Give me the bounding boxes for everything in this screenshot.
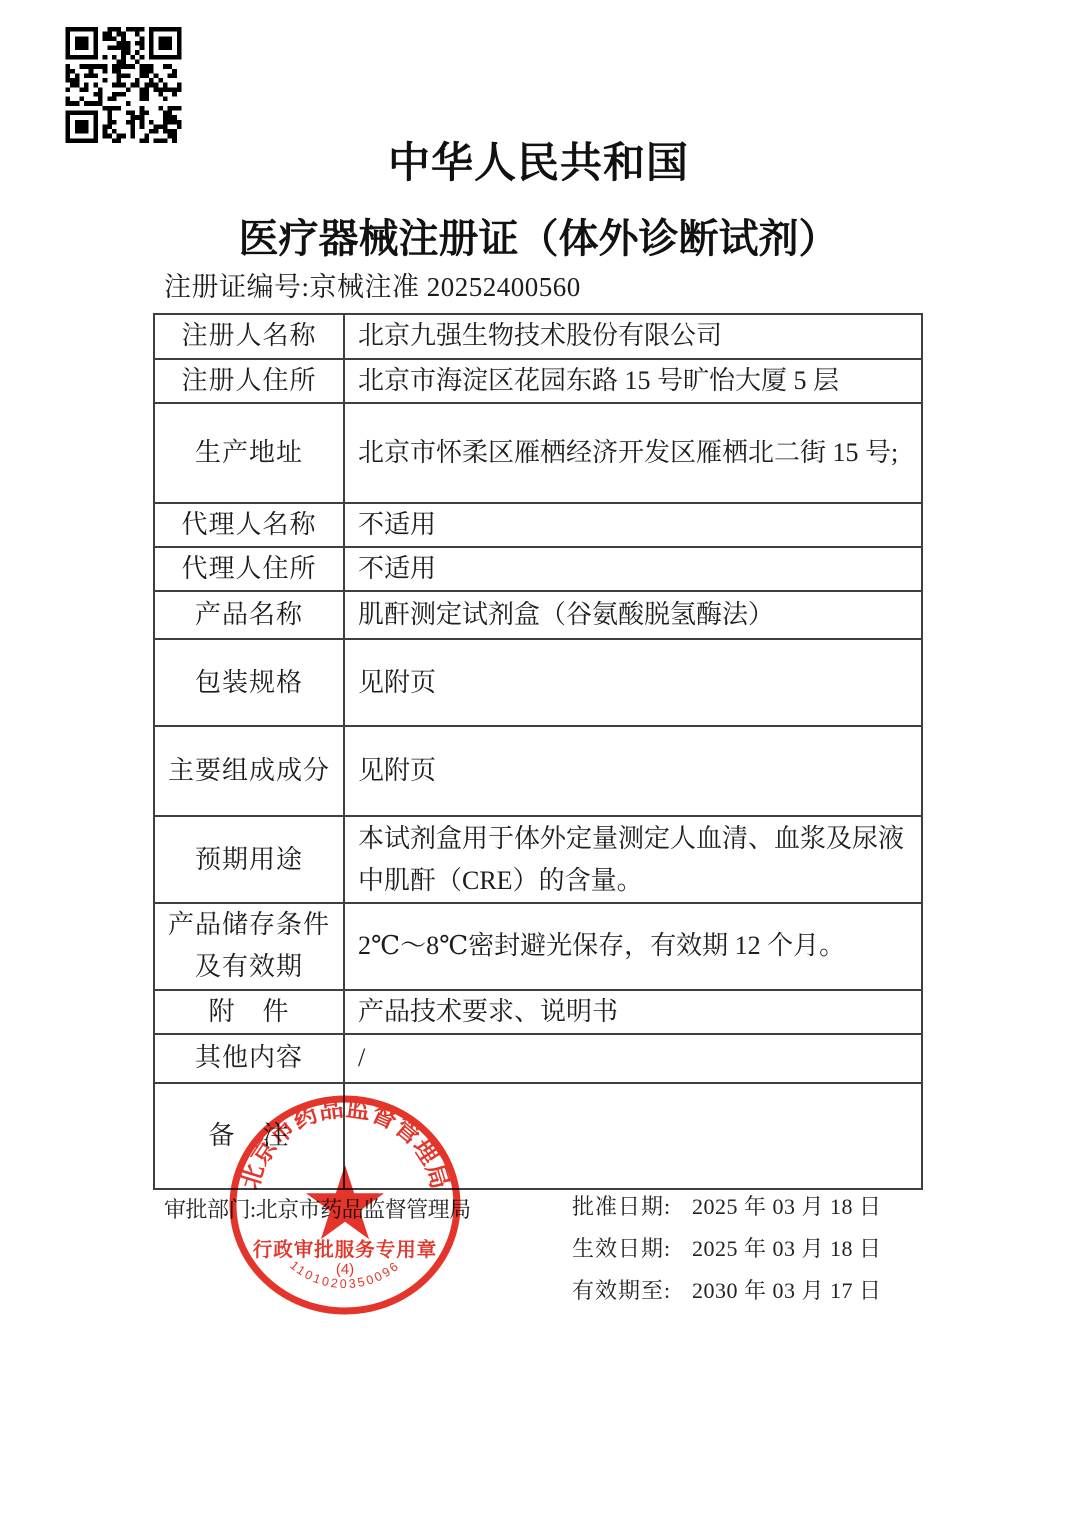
- row-value: 肌酐测定试剂盒（谷氨酸脱氢酶法）: [344, 591, 922, 639]
- row-label: 预期用途: [154, 816, 344, 903]
- row-label: 生产地址: [154, 403, 344, 503]
- row-value: /: [344, 1034, 922, 1083]
- row-label: 附 件: [154, 990, 344, 1034]
- effective-date-value: 2025 年 03 月 18 日: [692, 1232, 882, 1263]
- star-icon: [306, 1165, 384, 1239]
- row-label: 包装规格: [154, 639, 344, 726]
- row-value: 产品技术要求、说明书: [344, 990, 922, 1034]
- certificate-table: 注册人名称 北京九强生物技术股份有限公司 注册人住所 北京市海淀区花园东路 15…: [153, 313, 923, 1190]
- dates-block: 批准日期: 2025 年 03 月 18 日 生效日期: 2025 年 03 月…: [572, 1184, 882, 1310]
- row-value: 见附页: [344, 726, 922, 816]
- table-row: 其他内容 /: [154, 1034, 922, 1083]
- registration-number-value: 京械注准 20252400560: [310, 272, 581, 302]
- approval-date-value: 2025 年 03 月 18 日: [692, 1190, 882, 1221]
- expiry-date-label: 有效期至:: [572, 1274, 692, 1305]
- approval-date-label: 批准日期:: [572, 1190, 692, 1221]
- stamp-number-text: (4): [336, 1261, 354, 1278]
- qr-code: [62, 27, 185, 143]
- row-value: 北京市怀柔区雁栖经济开发区雁栖北二街 15 号;: [344, 403, 922, 503]
- expiry-date-value: 2030 年 03 月 17 日: [692, 1274, 882, 1305]
- expiry-date-row: 有效期至: 2030 年 03 月 17 日: [572, 1268, 882, 1310]
- official-stamp: 北京市药品监督管理局 行政审批服务专用章 (4) 1101020350096: [225, 1092, 465, 1320]
- row-label: 代理人名称: [154, 503, 344, 547]
- row-label: 产品储存条件 及有效期: [154, 903, 344, 989]
- effective-date-label: 生效日期:: [572, 1232, 692, 1263]
- table-row: 注册人住所 北京市海淀区花园东路 15 号旷怡大厦 5 层: [154, 359, 922, 403]
- certificate-page: 中华人民共和国 医疗器械注册证（体外诊断试剂） 注册证编号:京械注准 20252…: [0, 0, 1077, 1526]
- table-row: 生产地址 北京市怀柔区雁栖经济开发区雁栖北二街 15 号;: [154, 403, 922, 503]
- registration-number-label: 注册证编号:: [164, 272, 310, 302]
- table-row: 代理人名称 不适用: [154, 503, 922, 547]
- qr-code-svg: [62, 27, 185, 143]
- table-row: 主要组成成分 见附页: [154, 726, 922, 816]
- effective-date-row: 生效日期: 2025 年 03 月 18 日: [572, 1226, 882, 1268]
- row-value: 本试剂盒用于体外定量测定人血清、血浆及尿液中肌酐（CRE）的含量。: [344, 816, 922, 903]
- row-value: 2℃～8℃密封避光保存，有效期 12 个月。: [344, 903, 922, 989]
- table-row: 附 件 产品技术要求、说明书: [154, 990, 922, 1034]
- approval-date-row: 批准日期: 2025 年 03 月 18 日: [572, 1184, 882, 1226]
- table-row: 产品名称 肌酐测定试剂盒（谷氨酸脱氢酶法）: [154, 591, 922, 639]
- table-row: 预期用途 本试剂盒用于体外定量测定人血清、血浆及尿液中肌酐（CRE）的含量。: [154, 816, 922, 903]
- row-value: 不适用: [344, 503, 922, 547]
- table-row: 产品储存条件 及有效期 2℃～8℃密封避光保存，有效期 12 个月。: [154, 903, 922, 989]
- row-value: 北京市海淀区花园东路 15 号旷怡大厦 5 层: [344, 359, 922, 403]
- table-row: 包装规格 见附页: [154, 639, 922, 726]
- row-label: 注册人住所: [154, 359, 344, 403]
- row-label: 注册人名称: [154, 314, 344, 359]
- registration-number: 注册证编号:京械注准 20252400560: [164, 265, 581, 304]
- page-subtitle: 医疗器械注册证（体外诊断试剂）: [0, 207, 1077, 264]
- official-stamp-svg: 北京市药品监督管理局 行政审批服务专用章 (4) 1101020350096: [225, 1092, 465, 1320]
- row-value: 不适用: [344, 547, 922, 591]
- row-value: 北京九强生物技术股份有限公司: [344, 314, 922, 359]
- table-row: 注册人名称 北京九强生物技术股份有限公司: [154, 314, 922, 359]
- row-label: 主要组成成分: [154, 726, 344, 816]
- stamp-purpose-text: 行政审批服务专用章: [253, 1238, 438, 1261]
- row-label: 产品名称: [154, 591, 344, 639]
- row-label: 代理人住所: [154, 547, 344, 591]
- row-label: 其他内容: [154, 1034, 344, 1083]
- page-title: 中华人民共和国: [0, 130, 1077, 190]
- table-row: 代理人住所 不适用: [154, 547, 922, 591]
- row-value: 见附页: [344, 639, 922, 726]
